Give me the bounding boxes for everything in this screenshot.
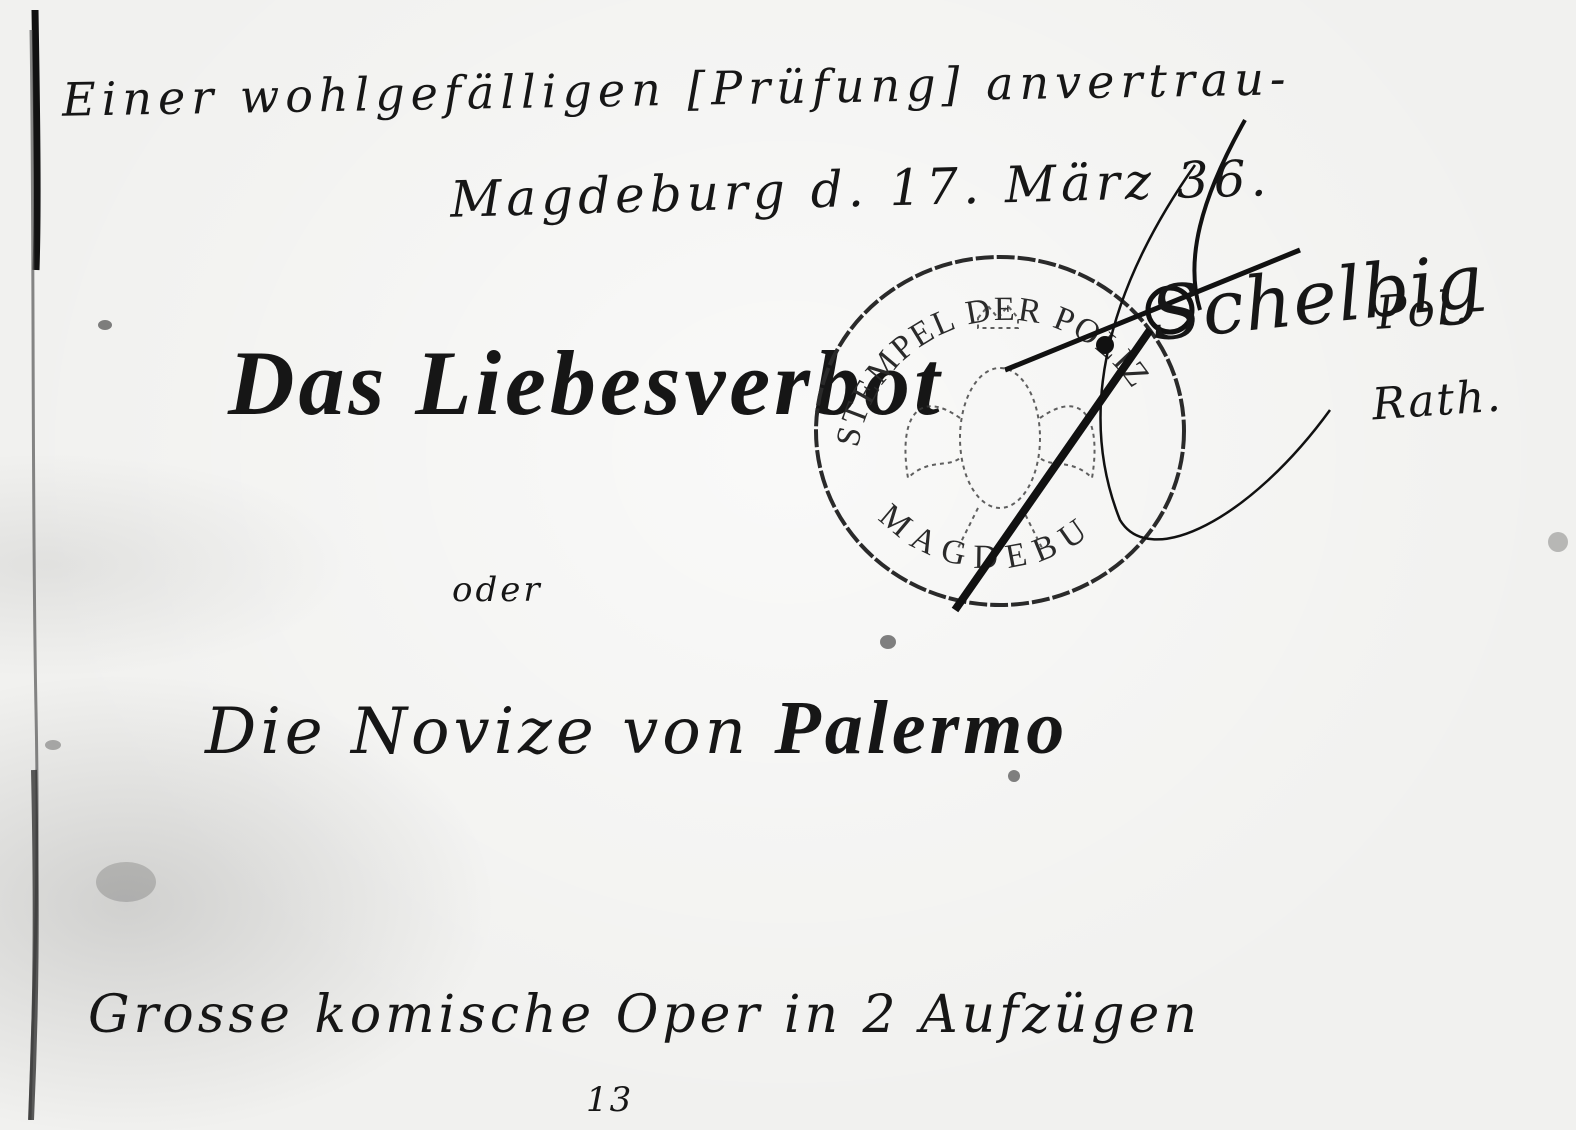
ink-spot bbox=[98, 320, 112, 330]
ink-spot bbox=[96, 862, 156, 902]
page-mark: 13 bbox=[586, 1080, 633, 1120]
binding-fold bbox=[28, 10, 42, 1120]
manuscript-page: Einer wohlgefälligen [Prüfung] anvertrau… bbox=[0, 0, 1576, 1130]
opera-subtitle: Die Novize von Palermo bbox=[205, 685, 1068, 772]
police-stamp: STEMPEL DER POLIZEI MAGDEBURG bbox=[808, 248, 1192, 614]
censor-title-line-1: Pol.- bbox=[1374, 278, 1489, 340]
svg-text:STEMPEL DER POLIZEI: STEMPEL DER POLIZEI bbox=[808, 248, 1158, 450]
censor-title-line-2: Rath. bbox=[1370, 371, 1504, 431]
header-line-1: Einer wohlgefälligen [Prüfung] anvertrau… bbox=[62, 51, 1292, 126]
ink-spot bbox=[1008, 770, 1020, 782]
subtitle-prefix: Die Novize von bbox=[205, 695, 774, 769]
ink-spot bbox=[1548, 532, 1568, 552]
stamp-top-text: STEMPEL DER POLIZEI bbox=[808, 248, 1158, 450]
title-connector: oder bbox=[452, 570, 543, 610]
subtitle-place: Palermo bbox=[774, 686, 1068, 770]
ink-spot bbox=[45, 740, 61, 750]
ink-spot bbox=[880, 635, 896, 649]
genre-line: Grosse komische Oper in 2 Aufzügen bbox=[88, 985, 1201, 1045]
header-line-2-place-date: Magdeburg d. 17. März 36. bbox=[449, 149, 1272, 228]
